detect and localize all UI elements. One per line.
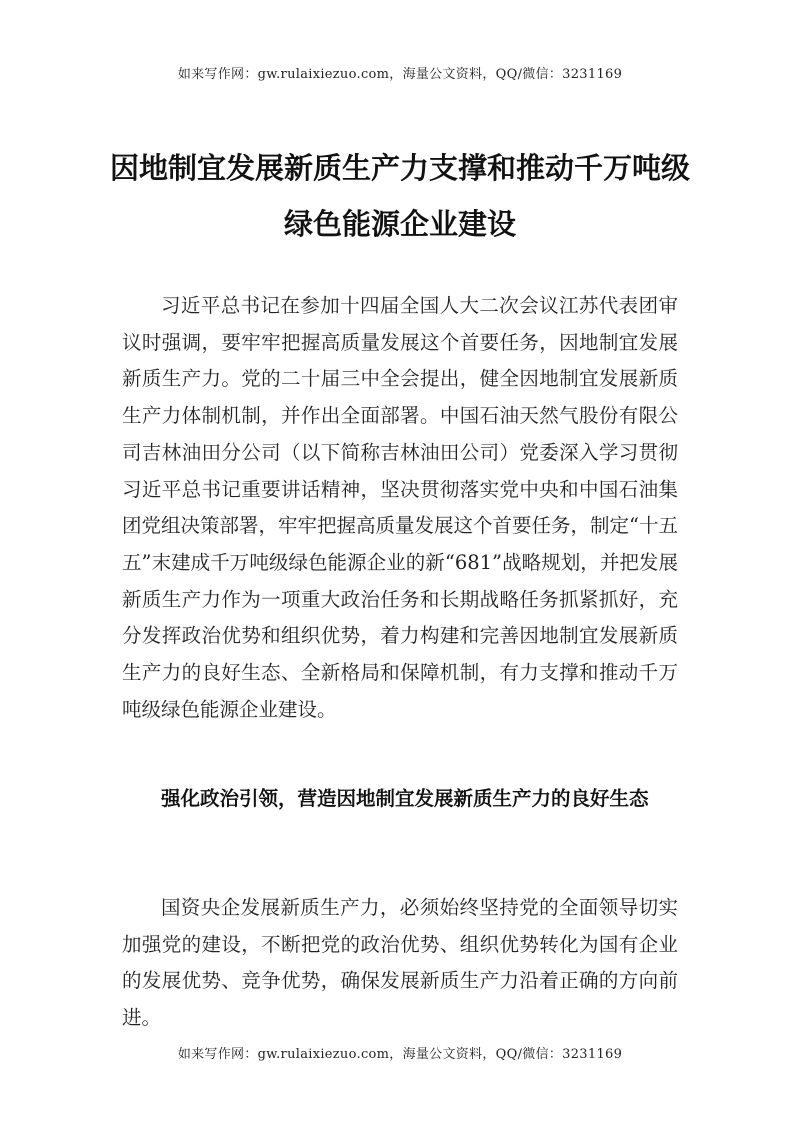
section-heading: 强化政治引领，营造因地制宜发展新质生产力的良好生态 (122, 780, 678, 818)
page-header-watermark: 如来写作网：gw.rulaixiezuo.com，海量公文资料，QQ/微信：32… (0, 63, 800, 82)
intro-section: 习近平总书记在参加十四届全国人大二次会议江苏代表团审议时强调，要牢牢把握高质量发… (122, 288, 678, 728)
intro-paragraph: 习近平总书记在参加十四届全国人大二次会议江苏代表团审议时强调，要牢牢把握高质量发… (122, 288, 678, 728)
document-title: 因地制宜发展新质生产力支撑和推动千万吨级绿色能源企业建设 (100, 140, 700, 252)
page-footer-watermark: 如来写作网：gw.rulaixiezuo.com，海量公文资料，QQ/微信：32… (0, 1043, 800, 1062)
section-paragraph: 国资央企发展新质生产力，必须始终坚持党的全面领导切实加强党的建设，不断把党的政治… (122, 890, 678, 1037)
section-body: 国资央企发展新质生产力，必须始终坚持党的全面领导切实加强党的建设，不断把党的政治… (122, 890, 678, 1037)
